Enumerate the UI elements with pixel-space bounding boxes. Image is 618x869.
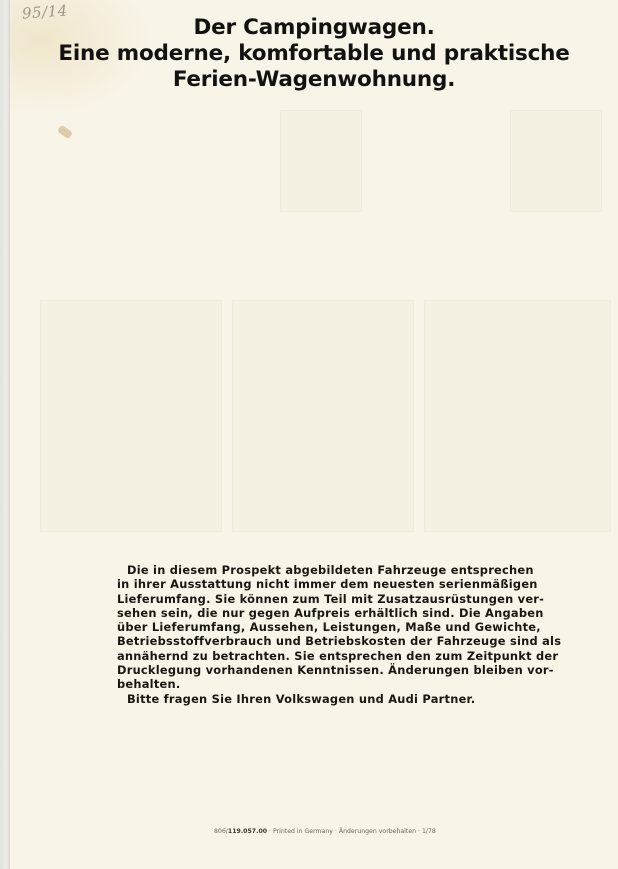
disclaimer-line: annähernd zu betrachten. Sie entsprechen… [117,649,592,663]
disclaimer-line: Lieferumfang. Sie können zum Teil mit Zu… [117,592,592,606]
headline-line-2: Eine moderne, komfortable und praktische [10,41,618,67]
disclaimer-line: Drucklegung vorhandenen Kenntnissen. Änd… [117,663,592,677]
disclaimer-line: Betriebsstoffverbrauch und Betriebskoste… [117,634,592,648]
print-footer: 806/119.057.00 · Printed in Germany · Än… [214,828,434,835]
footer-code: 119.057.00 [228,828,267,835]
show-through-block [40,300,222,532]
brochure-page [10,0,618,869]
disclaimer-line: in ihrer Ausstattung nicht immer dem neu… [117,577,592,591]
disclaimer-line: sehen sein, die nur gegen Aufpreis erhäl… [117,606,592,620]
headline-line-1: Der Campingwagen. [10,15,618,41]
headline-line-3: Ferien-Wagenwohnung. [10,67,618,93]
disclaimer-line: Die in diesem Prospekt abgebildeten Fahr… [117,563,592,577]
footer-prefix: 806/ [214,828,228,835]
show-through-block [280,110,362,212]
page-title: Der Campingwagen. Eine moderne, komforta… [10,15,618,93]
show-through-block [510,110,602,212]
disclaimer-line: behalten. [117,677,592,691]
disclaimer-line: über Lieferumfang, Aussehen, Leistungen,… [117,620,592,634]
scan-edge [0,0,10,869]
disclaimer-closing: Bitte fragen Sie Ihren Volkswagen und Au… [117,692,592,706]
show-through-block [232,300,414,532]
footer-rest: · Printed in Germany · Änderungen vorbeh… [267,828,436,835]
disclaimer-paragraph: Die in diesem Prospekt abgebildeten Fahr… [117,563,592,706]
show-through-block [424,300,611,532]
